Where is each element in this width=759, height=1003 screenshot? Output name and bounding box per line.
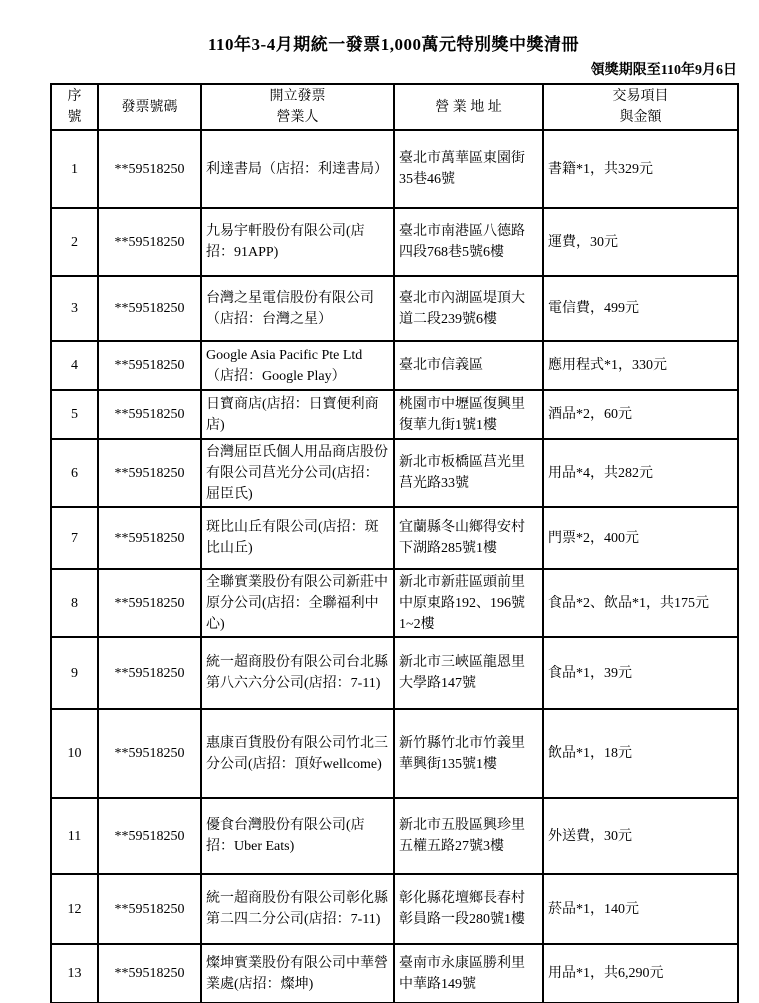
cell-invoice-number: **59518250 xyxy=(98,439,201,507)
cell-serial: 3 xyxy=(51,276,98,341)
cell-business-name: 燦坤實業股份有限公司中華營業處(店招：燦坤) xyxy=(201,944,394,1003)
winners-table: 序 號 發票號碼 開立發票 營業人 營 業 地 址 交易項目 與金額 1 **5… xyxy=(50,83,739,1003)
cell-serial: 7 xyxy=(51,507,98,569)
cell-address: 臺南市永康區勝利里中華路149號 xyxy=(394,944,543,1003)
cell-invoice-number: **59518250 xyxy=(98,341,201,390)
document-page: 110年3-4月期統一發票1,000萬元特別獎中獎清冊 領獎期限至110年9月6… xyxy=(0,0,759,1003)
table-row: 7 **59518250 斑比山丘有限公司(店招：斑比山丘) 宜蘭縣冬山鄉得安村… xyxy=(51,507,738,569)
header-business-line1: 開立發票 xyxy=(204,86,391,107)
cell-business-name: 九易宇軒股份有限公司(店招：91APP) xyxy=(201,208,394,276)
header-row: 序 號 發票號碼 開立發票 營業人 營 業 地 址 交易項目 與金額 xyxy=(51,84,738,130)
header-business: 開立發票 營業人 xyxy=(201,84,394,130)
cell-business-name: 統一超商股份有限公司台北縣第八六六分公司(店招：7-11) xyxy=(201,637,394,709)
cell-serial: 8 xyxy=(51,569,98,637)
header-transaction: 交易項目 與金額 xyxy=(543,84,738,130)
header-serial-line1: 序 xyxy=(54,86,95,107)
cell-address: 桃園市中壢區復興里復華九街1號1樓 xyxy=(394,390,543,439)
cell-invoice-number: **59518250 xyxy=(98,276,201,341)
cell-serial: 13 xyxy=(51,944,98,1003)
table-row: 12 **59518250 統一超商股份有限公司彰化縣第二四二分公司(店招：7-… xyxy=(51,874,738,944)
cell-address: 新北市新莊區頭前里中原東路192、196號1~2樓 xyxy=(394,569,543,637)
cell-invoice-number: **59518250 xyxy=(98,130,201,208)
header-transaction-line1: 交易項目 xyxy=(546,86,735,107)
cell-invoice-number: **59518250 xyxy=(98,944,201,1003)
header-address: 營 業 地 址 xyxy=(394,84,543,130)
cell-business-name: 台灣屈臣氏個人用品商店股份有限公司莒光分公司(店招：屈臣氏) xyxy=(201,439,394,507)
cell-invoice-number: **59518250 xyxy=(98,637,201,709)
cell-invoice-number: **59518250 xyxy=(98,709,201,798)
cell-serial: 12 xyxy=(51,874,98,944)
cell-transaction: 用品*1，共6,290元 xyxy=(543,944,738,1003)
table-row: 1 **59518250 利達書局（店招：利達書局） 臺北市萬華區東園街35巷4… xyxy=(51,130,738,208)
table-row: 5 **59518250 日寶商店(店招：日寶便利商店) 桃園市中壢區復興里復華… xyxy=(51,390,738,439)
header-serial: 序 號 xyxy=(51,84,98,130)
cell-address: 新北市三峽區龍恩里大學路147號 xyxy=(394,637,543,709)
page-title: 110年3-4月期統一發票1,000萬元特別獎中獎清冊 xyxy=(50,30,737,55)
cell-business-name: 斑比山丘有限公司(店招：斑比山丘) xyxy=(201,507,394,569)
table-row: 2 **59518250 九易宇軒股份有限公司(店招：91APP) 臺北市南港區… xyxy=(51,208,738,276)
cell-address: 臺北市內湖區堤頂大道二段239號6樓 xyxy=(394,276,543,341)
cell-serial: 10 xyxy=(51,709,98,798)
cell-transaction: 運費，30元 xyxy=(543,208,738,276)
cell-business-name: 統一超商股份有限公司彰化縣第二四二分公司(店招：7-11) xyxy=(201,874,394,944)
cell-transaction: 用品*4，共282元 xyxy=(543,439,738,507)
cell-transaction: 應用程式*1，330元 xyxy=(543,341,738,390)
cell-business-name: 惠康百貨股份有限公司竹北三分公司(店招：頂好wellcome) xyxy=(201,709,394,798)
cell-invoice-number: **59518250 xyxy=(98,874,201,944)
cell-business-name: 利達書局（店招：利達書局） xyxy=(201,130,394,208)
table-row: 11 **59518250 優食台灣股份有限公司(店招：Uber Eats) 新… xyxy=(51,798,738,874)
cell-address: 彰化縣花壇鄉長春村彰員路一段280號1樓 xyxy=(394,874,543,944)
cell-transaction: 書籍*1，共329元 xyxy=(543,130,738,208)
cell-serial: 11 xyxy=(51,798,98,874)
cell-serial: 2 xyxy=(51,208,98,276)
header-invoice-number: 發票號碼 xyxy=(98,84,201,130)
cell-business-name: 全聯實業股份有限公司新莊中原分公司(店招：全聯福利中心) xyxy=(201,569,394,637)
cell-serial: 9 xyxy=(51,637,98,709)
table-row: 13 **59518250 燦坤實業股份有限公司中華營業處(店招：燦坤) 臺南市… xyxy=(51,944,738,1003)
cell-transaction: 電信費，499元 xyxy=(543,276,738,341)
cell-serial: 6 xyxy=(51,439,98,507)
cell-transaction: 食品*1，39元 xyxy=(543,637,738,709)
cell-address: 臺北市信義區 xyxy=(394,341,543,390)
header-serial-line2: 號 xyxy=(54,107,95,128)
cell-transaction: 外送費，30元 xyxy=(543,798,738,874)
cell-serial: 1 xyxy=(51,130,98,208)
cell-address: 新北市五股區興珍里五權五路27號3樓 xyxy=(394,798,543,874)
cell-invoice-number: **59518250 xyxy=(98,507,201,569)
cell-address: 宜蘭縣冬山鄉得安村下湖路285號1樓 xyxy=(394,507,543,569)
header-business-line2: 營業人 xyxy=(204,107,391,128)
cell-business-name: 台灣之星電信股份有限公司（店招：台灣之星） xyxy=(201,276,394,341)
cell-invoice-number: **59518250 xyxy=(98,569,201,637)
cell-transaction: 食品*2、飲品*1，共175元 xyxy=(543,569,738,637)
table-row: 9 **59518250 統一超商股份有限公司台北縣第八六六分公司(店招：7-1… xyxy=(51,637,738,709)
cell-address: 臺北市萬華區東園街35巷46號 xyxy=(394,130,543,208)
table-row: 10 **59518250 惠康百貨股份有限公司竹北三分公司(店招：頂好well… xyxy=(51,709,738,798)
table-row: 4 **59518250 Google Asia Pacific Pte Ltd… xyxy=(51,341,738,390)
table-body: 1 **59518250 利達書局（店招：利達書局） 臺北市萬華區東園街35巷4… xyxy=(51,130,738,1003)
cell-transaction: 菸品*1，140元 xyxy=(543,874,738,944)
cell-invoice-number: **59518250 xyxy=(98,208,201,276)
cell-serial: 5 xyxy=(51,390,98,439)
cell-business-name: 優食台灣股份有限公司(店招：Uber Eats) xyxy=(201,798,394,874)
table-row: 8 **59518250 全聯實業股份有限公司新莊中原分公司(店招：全聯福利中心… xyxy=(51,569,738,637)
deadline-note: 領獎期限至110年9月6日 xyxy=(50,59,737,79)
cell-transaction: 飲品*1，18元 xyxy=(543,709,738,798)
table-row: 3 **59518250 台灣之星電信股份有限公司（店招：台灣之星） 臺北市內湖… xyxy=(51,276,738,341)
cell-serial: 4 xyxy=(51,341,98,390)
header-transaction-line2: 與金額 xyxy=(546,107,735,128)
cell-address: 新竹縣竹北市竹義里華興街135號1樓 xyxy=(394,709,543,798)
cell-address: 臺北市南港區八德路四段768巷5號6樓 xyxy=(394,208,543,276)
cell-transaction: 門票*2，400元 xyxy=(543,507,738,569)
cell-address: 新北市板橋區莒光里莒光路33號 xyxy=(394,439,543,507)
cell-invoice-number: **59518250 xyxy=(98,798,201,874)
cell-transaction: 酒品*2，60元 xyxy=(543,390,738,439)
cell-invoice-number: **59518250 xyxy=(98,390,201,439)
table-row: 6 **59518250 台灣屈臣氏個人用品商店股份有限公司莒光分公司(店招：屈… xyxy=(51,439,738,507)
cell-business-name: 日寶商店(店招：日寶便利商店) xyxy=(201,390,394,439)
cell-business-name: Google Asia Pacific Pte Ltd（店招：Google Pl… xyxy=(201,341,394,390)
